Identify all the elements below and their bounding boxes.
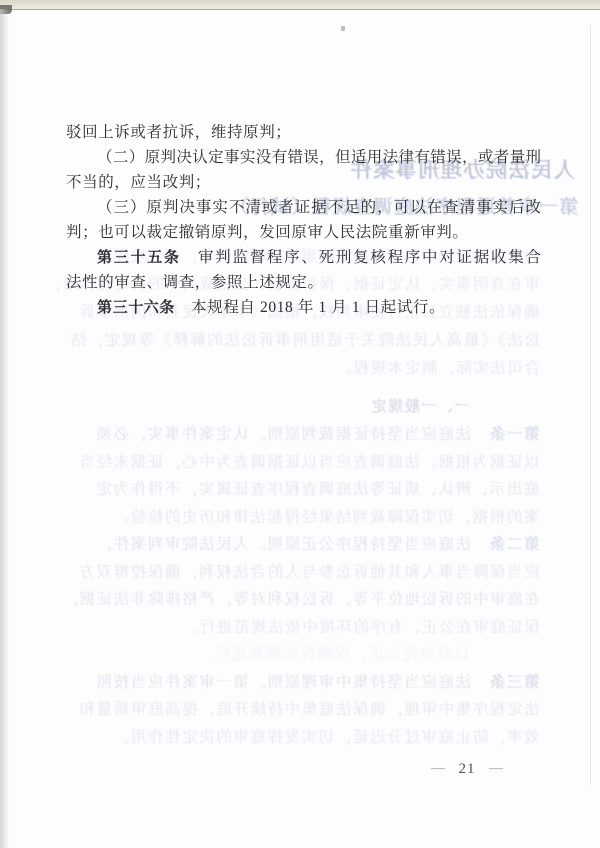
text-line-1: 驳回上诉或者抗诉，维持原判； (66, 120, 541, 145)
text-line-4: （三）原判决事实不清或者证据不足的，可以在查清事实后改 (66, 195, 541, 220)
ghost-line: 一、一般规定 (370, 399, 470, 416)
ghost-line: 案的根据，切实保障裁判结果经得起法律和历史的检验。 (112, 509, 540, 526)
ghost-line: 以庭审促公正，保障诉讼顺利进行。 (196, 646, 470, 663)
scan-top-edge (0, 0, 600, 10)
text-line-3: 不当的，应当改判； (66, 170, 541, 195)
scanned-page: 人民法院办理刑事案件第一审普通程序法庭调查规程（试行）为深入推进以审判为中心的刑… (0, 0, 600, 848)
document-text: 驳回上诉或者抗诉，维持原判；（二）原判决认定事实没有错误，但适用法律有错误，或者… (66, 120, 541, 320)
ghost-line: 庭出示、辨认、质证等法庭调查程序查证属实，不得作为定 (95, 481, 540, 498)
scan-left-edge (0, 9, 9, 848)
text-line-6: 第三十五条 审判监督程序、死刑复核程序中对证据收集合 (66, 245, 541, 270)
ghost-line: 保证庭审在公正、有序的环境中依法规范进行。 (181, 619, 540, 636)
page-number-left-dash: — (431, 762, 445, 776)
text-line-2: （二）原判决认定事实没有错误，但适用法律有错误，或者量刑 (66, 145, 541, 170)
ghost-line: 第二条 法庭应当坚持程序公正原则。人民法院审判案件， (95, 536, 540, 553)
ghost-line: 以证据为根据。法庭调查应当以证据调查为中心，证据未经当 (78, 454, 540, 471)
ghost-line: 法定程序集中审理，确保法庭集中持续开庭，提高庭审质量和 (78, 701, 540, 718)
page-number: — 21 — (431, 760, 503, 778)
ghost-line: 第三条 法庭应当坚持集中审理原则。第一审案件应当按照 (95, 674, 540, 691)
ghost-line: 讼法》《最高人民法院关于适用刑事诉讼法的解释》等规定，结 (69, 332, 540, 349)
text-line-7: 法性的审查、调查，参照上述规定。 (66, 270, 541, 295)
ghost-line: 合司法实际，制定本规程。 (335, 360, 540, 377)
text-line-8: 第三十六条 本规程自 2018 年 1 月 1 日起试行。 (66, 295, 541, 320)
page-number-value: 21 (459, 761, 476, 778)
ghost-line: 第一条 法庭应当坚持证据裁判原则。认定案件事实，必须 (95, 426, 540, 443)
page-number-right-dash: — (489, 762, 503, 776)
ghost-line: 效率，防止庭审过分迟延，切实发挥庭审的决定性作用。 (112, 729, 540, 746)
ghost-line: 在庭审中的诉讼地位平等、诉讼权利对等，严格排除非法证据， (61, 591, 540, 608)
ghost-line: 应当保障当事人和其他诉讼参与人的合法权利，确保控辩双方 (78, 564, 540, 581)
scan-right-edge (590, 25, 591, 785)
text-line-5: 判；也可以裁定撤销原判，发回原审人民法院重新审判。 (66, 220, 541, 245)
scan-speck (341, 26, 345, 31)
